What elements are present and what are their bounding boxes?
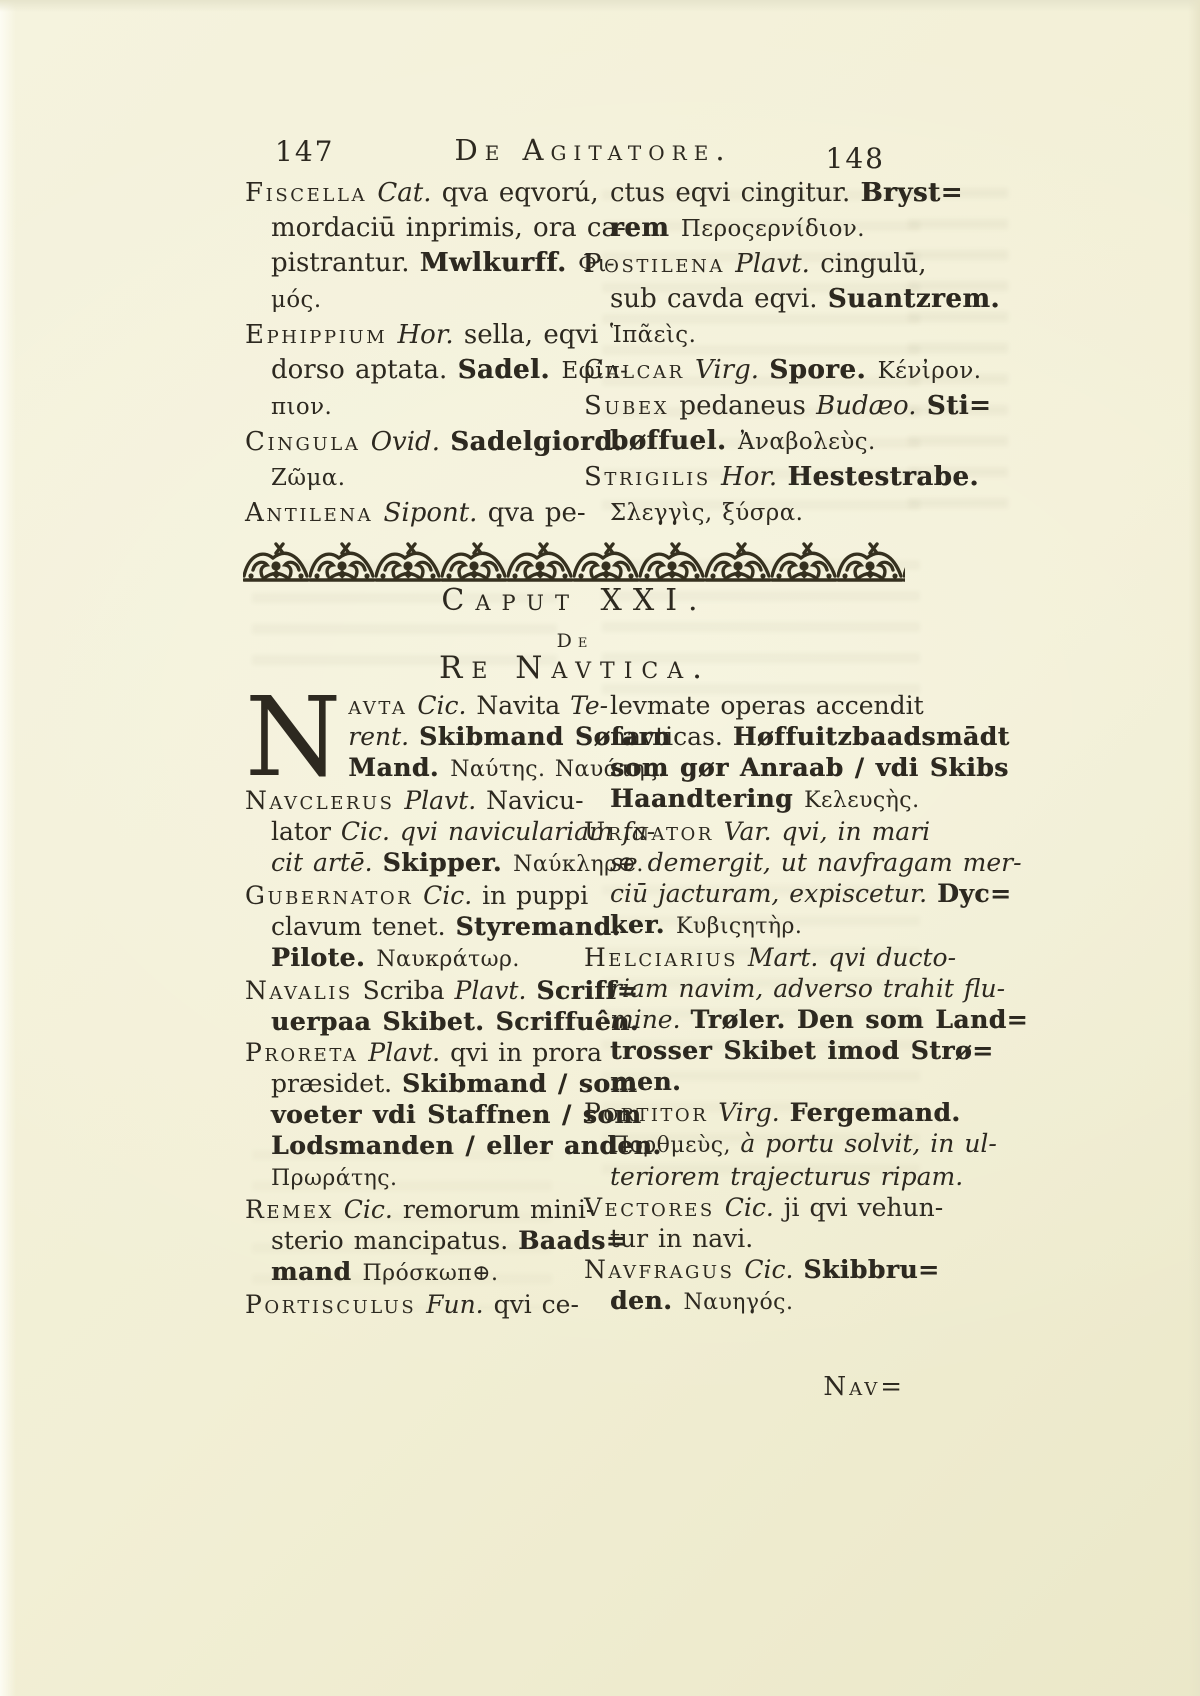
text-run-fraktur: Haandtering [610,784,804,813]
text-run-headword: Navclerus [245,786,394,815]
text-run-headword: Gubernator [245,881,413,910]
text-line: pistrantur. Mwlkurff. Φι- [245,246,577,282]
text-run-italic: Cic. [334,1195,393,1224]
text-run-roman: Navita [466,691,570,720]
scan-edge-right [1188,0,1200,1696]
text-line: ker. Κυβιςητὴρ. [584,909,920,942]
text-line: Πορθμεὺς, à portu solvit, in ul- [584,1128,920,1161]
text-line: teriorem trajecturus ripam. [584,1161,920,1192]
text-line: lator Cic. qvi naviculariam fa- [245,816,577,847]
text-run-roman: clavum tenet. [271,912,455,941]
text-line: Pilote. Ναυκράτωρ. [245,942,577,975]
dictionary-entry: Cingula Ovid. Sadelgiord.Ζῶμα. [245,425,577,496]
scan-edge-left [0,0,16,1696]
text-line: mordaciū inprimis, ora ca- [245,211,577,246]
text-run-roman: tur in navi. [610,1224,753,1253]
text-run-fraktur: som gør Anraab / vdi Skibs [610,753,1009,782]
text-run-italic: Virg. [708,1098,789,1127]
text-line: Antilena Sipont. qva pe- [245,496,577,531]
text-run-roman: Navicu- [476,786,583,815]
text-run-italic: Hor. [711,462,788,492]
text-run-greek: Πρόσκωπ⊕. [363,1261,499,1286]
dictionary-entry: Portitor Virg. Fergemand.Πορθμεὺς, à por… [584,1097,920,1192]
text-line: riam navim, adverso trahit flu- [584,973,920,1004]
text-run-greek: πιον. [271,394,332,420]
text-run-fraktur: men. [610,1067,681,1096]
text-line: se demergit, ut navfragam mer- [584,847,920,878]
text-run-italic: Plavt. [725,249,810,279]
text-run-greek: Ναυηγός. [683,1290,793,1315]
running-head: 147 De Agitatore. 148 [245,133,905,175]
dictionary-entry: Subex pedaneus Budæo. Sti=bøffuel. Ἀναβο… [584,389,920,460]
text-run-italic: riam navim, adverso trahit flu- [610,974,1005,1003]
text-run-greek: Ναυκράτωρ. [376,947,519,972]
dictionary-entry: Calcar Virg. Spore. Κένἰρον. [584,353,920,389]
text-line: mand Πρόσκωπ⊕. [245,1256,577,1289]
text-line: uerpaa Skibet. Scriffuên. [245,1006,577,1037]
text-line: Navalis Scriba Plavt. Scriff= [245,975,577,1006]
text-line: som gør Anraab / vdi Skibs [584,752,920,783]
text-run-headword: Portisculus [245,1290,416,1319]
text-run-roman: sterio mancipatus. [271,1226,518,1255]
text-run-italic: Hor. [387,320,453,350]
text-line: Σλεγγὶς, ξύσρα. [584,495,920,531]
text-line: Calcar Virg. Spore. Κένἰρον. [584,353,920,389]
text-run-fraktur: rem [610,213,681,243]
text-run-italic: Budæo. [816,391,927,421]
text-run-roman: remorum mini- [393,1195,594,1224]
text-run-fraktur: Trøler. Den som Land= [691,1005,1029,1034]
running-title: De Agitatore. [263,133,923,167]
text-run-italic: se demergit, ut navfragam mer- [610,848,1022,877]
dictionary-entry: levmate operas accenditnavticas. Høffuit… [584,690,920,816]
dictionary-entry: Navclerus Plavt. Navicu-lator Cic. qvi n… [245,785,577,880]
text-run-italic: Fun. [416,1290,483,1319]
text-run-roman: navticas. [610,722,733,751]
text-run-fraktur: mand [271,1257,363,1286]
text-run-italic: Virg. [685,355,770,385]
text-run-fraktur: trosser Skibet imod Strø= [610,1036,994,1065]
text-line: Remex Cic. remorum mini- [245,1194,577,1225]
text-run-greek: Ἀναβολεὺς. [738,429,876,455]
text-line: levmate operas accendit [584,690,920,721]
text-line: ciū jacturam, expiscetur. Dyc= [584,878,920,909]
dictionary-entry: Antilena Sipont. qva pe- [245,496,577,531]
text-run-italic: Var. qvi, in mari [714,817,930,846]
text-line: rem Περοςερνίδιον. [584,211,920,247]
text-line: trosser Skibet imod Strø= [584,1035,920,1066]
text-run-roman: qvi in prora [440,1038,602,1067]
dictionary-entry: Helciarius Mart. qvi ducto-riam navim, a… [584,942,920,1097]
dictionary-entry: ctus eqvi cingitur. Bryst=rem Περοςερνίδ… [584,176,920,247]
text-run-roman: pedaneus [669,391,816,421]
text-run-greek: Ζῶμα. [271,465,345,491]
text-line: Proreta Plavt. qvi in prora [245,1037,577,1068]
text-run-fraktur: Spore. [769,355,877,385]
text-run-italic: Sipont. [373,498,477,528]
scan-edge-top [0,0,1200,12]
text-run-italic: Plavt. [455,976,537,1005]
text-run-headword: avta [348,691,407,720]
text-run-headword: Remex [245,1195,334,1224]
text-run-headword: Ephippium [245,320,387,350]
text-line: dorso aptata. Sadel. Εφίπ- [245,353,577,389]
text-run-greek: Πρωράτης. [271,1166,397,1191]
dictionary-entry: Urinator Var. qvi, in marise demergit, u… [584,816,920,942]
text-line: mine. Trøler. Den som Land= [584,1004,920,1035]
text-run-roman: sella, eqvi [454,320,599,350]
text-line: men. [584,1066,920,1097]
text-run-fraktur: bøffuel. [610,426,738,456]
text-run-headword: Navfragus [584,1255,734,1284]
dictionary-entry: Proreta Plavt. qvi in prorapræsidet. Ski… [245,1037,577,1194]
bottom-right-column: levmate operas accenditnavticas. Høffuit… [584,690,920,1318]
text-run-headword: Vectores [584,1193,715,1222]
text-run-roman: ji qvi vehun- [774,1193,943,1222]
text-line: præsidet. Skibmand / som [245,1068,577,1099]
text-run-headword: Portitor [584,1098,708,1127]
dictionary-entry: Navta Cic. Navita Te-rent. Skibmand Søfa… [245,690,577,785]
dictionary-entry: Remex Cic. remorum mini-sterio mancipatu… [245,1194,577,1289]
text-run-fraktur: Skipper. [383,848,514,877]
text-line: Ζῶμα. [245,460,577,496]
text-run-italic: teriorem trajecturus ripam. [610,1162,963,1191]
text-run-roman: qva pe- [477,498,585,528]
text-run-fraktur: Høffuitzbaadsmādt [733,722,1010,751]
text-line: Navclerus Plavt. Navicu- [245,785,577,816]
text-run-roman: præsidet. [271,1069,402,1098]
text-run-fraktur: Mwlkurff. [420,248,578,278]
text-line: Cingula Ovid. Sadelgiord. [245,425,577,460]
text-line: ctus eqvi cingitur. Bryst= [584,176,920,211]
text-line: Portitor Virg. Fergemand. [584,1097,920,1128]
text-run-italic: ciū jacturam, expiscetur. [610,879,937,908]
text-run-headword: Calcar [584,355,685,385]
text-run-italic: Cic. [413,881,472,910]
text-run-roman: qva eqvorú, [431,178,598,208]
catchword: Nav= [245,1372,905,1402]
text-run-italic: à portu solvit, in ul- [740,1129,996,1158]
text-line: clavum tenet. Styremand. [245,911,577,942]
text-run-roman: qvi ce- [484,1290,579,1319]
text-run-greek: μός. [271,287,322,313]
text-run-fraktur: ker. [610,910,676,939]
text-run-fraktur: Dyc= [937,879,1011,908]
text-run-roman: pistrantur. [271,248,420,278]
text-run-roman: lator [271,817,341,846]
text-run-italic: Cic. [407,691,466,720]
chapter-de-heading: De [245,630,905,652]
text-run-fraktur: Bryst= [861,178,963,208]
text-line: Helciarius Mart. qvi ducto- [584,942,920,973]
text-run-roman: sub cavda eqvi. [610,284,828,314]
text-run-greek: Σλεγγὶς, ξύσρα. [610,500,803,526]
text-run-headword: Proreta [245,1038,358,1067]
text-run-headword: Cingula [245,427,360,457]
text-run-fraktur: Mand. [348,753,450,782]
text-run-greek: Περοςερνίδιον. [681,216,865,242]
text-run-headword: Fiscella [245,178,367,208]
text-line: sterio mancipatus. Baads= [245,1225,577,1256]
text-line: den. Ναυηγός. [584,1285,920,1318]
text-line: sub cavda eqvi. Suantzrem. [584,282,920,317]
text-line: Gubernator Cic. in puppi [245,880,577,911]
text-run-greek: Πορθμεὺς, [610,1133,740,1158]
text-run-headword: Strigilis [584,462,711,492]
drop-cap-initial: N [245,694,341,780]
text-line: μός. [245,282,577,318]
text-run-fraktur: Skibbru= [803,1255,939,1284]
text-run-roman: mordaciū inprimis, ora ca- [271,213,626,243]
dictionary-entry: Navfragus Cic. Skibbru=den. Ναυηγός. [584,1254,920,1318]
text-line: navticas. Høffuitzbaadsmādt [584,721,920,752]
text-line: Vectores Cic. ji qvi vehun- [584,1192,920,1223]
bottom-left-column: Navta Cic. Navita Te-rent. Skibmand Søfa… [245,690,577,1320]
text-run-italic: Cic. [734,1255,803,1284]
text-run-fraktur: Sadel. [458,355,562,385]
text-line: Fiscella Cat. qva eqvorú, [245,176,577,211]
dictionary-entry: Strigilis Hor. Hestestrabe.Σλεγγὶς, ξύσρ… [584,460,920,531]
text-run-headword: Navalis [245,976,353,1005]
text-line: Ephippium Hor. sella, eqvi [245,318,577,353]
text-line: Strigilis Hor. Hestestrabe. [584,460,920,495]
text-run-headword: Postilena [584,249,725,279]
dictionary-entry: Fiscella Cat. qva eqvorú,mordaciū inprim… [245,176,577,318]
text-run-roman: levmate operas accendit [610,691,924,720]
text-line: Navfragus Cic. Skibbru= [584,1254,920,1285]
text-run-italic: rent. [348,722,419,751]
text-run-roman: dorso aptata. [271,355,458,385]
text-line: Urinator Var. qvi, in mari [584,816,920,847]
text-line: Πρωράτης. [245,1161,577,1194]
text-line: Lodsmanden / eller anden. [245,1130,577,1161]
text-run-headword: Antilena [245,498,373,528]
text-line: Portisculus Fun. qvi ce- [245,1289,577,1320]
top-right-column: ctus eqvi cingitur. Bryst=rem Περοςερνίδ… [584,176,920,531]
text-run-italic: Plavt. [358,1038,440,1067]
text-run-italic: Cat. [367,178,431,208]
text-line: cit artē. Skipper. Ναύκληρ⊕. [245,847,577,880]
dictionary-entry: Gubernator Cic. in puppiclavum tenet. St… [245,880,577,975]
text-line: Subex pedaneus Budæo. Sti= [584,389,920,424]
text-run-headword: Subex [584,391,669,421]
page-number-right: 148 [826,142,885,175]
dictionary-entry: Vectores Cic. ji qvi vehun-tur in navi. [584,1192,920,1254]
text-run-fraktur: Fergemand. [790,1098,961,1127]
dictionary-entry: Postilena Plavt. cingulū,sub cavda eqvi.… [584,247,920,353]
text-run-greek: Κελευςὴς. [804,788,919,813]
text-run-headword: Helciarius [584,943,738,972]
text-run-roman: cingulū, [810,249,927,279]
text-run-italic: Ovid. [360,427,450,457]
text-run-roman: in puppi [472,881,588,910]
text-line: πιον. [245,389,577,425]
text-run-fraktur: Pilote. [271,943,376,972]
text-run-italic: Mart. qvi ducto- [738,943,956,972]
text-run-headword: Urinator [584,817,714,846]
text-run-italic: cit artē. [271,848,383,877]
chapter-title-heading: Re Navtica. [245,650,905,686]
text-line: bøffuel. Ἀναβολεὺς. [584,424,920,460]
text-line: voeter vdi Staffnen / som [245,1099,577,1130]
text-run-italic: mine. [610,1005,691,1034]
text-run-italic: Cic. [715,1193,774,1222]
dictionary-entry: Navalis Scriba Plavt. Scriff=uerpaa Skib… [245,975,577,1037]
text-run-roman: Scriba [353,976,455,1005]
text-run-fraktur: Hestestrabe. [787,462,979,492]
text-run-italic: Plavt. [394,786,476,815]
text-line: Haandtering Κελευςὴς. [584,783,920,816]
text-run-fraktur: Suantzrem. [828,284,1000,314]
text-run-fraktur: Sti= [927,391,992,421]
text-line: Postilena Plavt. cingulū, [584,247,920,282]
text-run-fraktur: den. [610,1286,683,1315]
chapter-number-heading: Caput XXI. [245,583,905,618]
ornament-band [243,540,905,584]
dictionary-entry: Portisculus Fun. qvi ce- [245,1289,577,1320]
text-line: Ἱπᾶεὶς. [584,317,920,353]
text-line: tur in navi. [584,1223,920,1254]
dictionary-entry: Ephippium Hor. sella, eqvidorso aptata. … [245,318,577,425]
top-left-column: Fiscella Cat. qva eqvorú,mordaciū inprim… [245,176,577,531]
text-run-greek: Κυβιςητὴρ. [676,914,802,939]
text-run-greek: Κένἰρον. [878,358,982,384]
text-run-roman: ctus eqvi cingitur. [610,178,861,208]
text-run-greek: Ἱπᾶεὶς. [610,322,696,348]
book-page-scan: 147 De Agitatore. 148 Fiscella Cat. qva … [0,0,1200,1696]
